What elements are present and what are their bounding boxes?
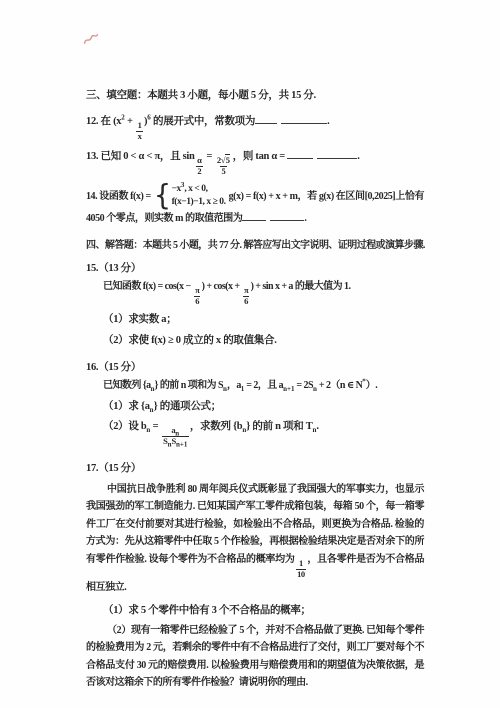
question-13: 13. 已知 0 < α < π，且 sinα2 = 2√55，则 tan α … bbox=[86, 148, 424, 177]
question-16-title: 16.（15 分） bbox=[86, 360, 424, 376]
question-17-part2: （2）现有一箱零件已经检验了 5 个，并对不合格品做了更换. 已知每个零件的检验… bbox=[86, 622, 424, 692]
question-17-stem: 中国抗日战争胜利 80 周年阅兵仪式既彰显了我国强大的军事实力，也显示我国强劲的… bbox=[86, 481, 424, 597]
question-16-stem: 已知数列 {an} 的前 n 项和为 Sn，a1 = 2，且 an+1 = 2S… bbox=[86, 378, 424, 394]
question-16-part1: （1）求 {an} 的通项公式； bbox=[86, 399, 424, 415]
question-15-stem: 已知函数 f(x) = cos(x − π6) + cos(x + π6) + … bbox=[86, 279, 424, 307]
scanned-exam-page: 三、填空题：本题共 3 小题，每小题 5 分，共 15 分. 12. 在 (x2… bbox=[0, 0, 500, 708]
question-15-part1: （1）求实数 a； bbox=[86, 312, 424, 328]
red-pen-mark-icon bbox=[81, 32, 101, 47]
question-17-title: 17.（15 分） bbox=[86, 461, 424, 477]
question-15-title: 15.（13 分） bbox=[86, 261, 424, 277]
question-17-part1: （1）求 5 个零件中恰有 3 个不合格品的概率； bbox=[86, 603, 424, 619]
question-12: 12. 在 (x2 + 1x)6 的展开式中，常数项为. bbox=[86, 113, 424, 142]
section-solutions-header: 四、解答题：本题共 5 小题，共 77 分. 解答应写出文字说明、证明过程或演算… bbox=[86, 238, 424, 254]
exam-content: 三、填空题：本题共 3 小题，每小题 5 分，共 15 分. 12. 在 (x2… bbox=[86, 88, 424, 692]
question-15-part2: （2）求使 f(x) ≥ 0 成立的 x 的取值集合. bbox=[86, 333, 424, 349]
question-16-part2: （2）设 bn = anSnSn+1，求数列 {bn} 的前 n 项和 Tn. bbox=[86, 419, 424, 447]
section-fill-blank-header: 三、填空题：本题共 3 小题，每小题 5 分，共 15 分. bbox=[86, 88, 424, 104]
question-14: 14. 设函数 f(x) = {−x3, x < 0,f(x−1)−1, x ≥… bbox=[86, 183, 424, 228]
